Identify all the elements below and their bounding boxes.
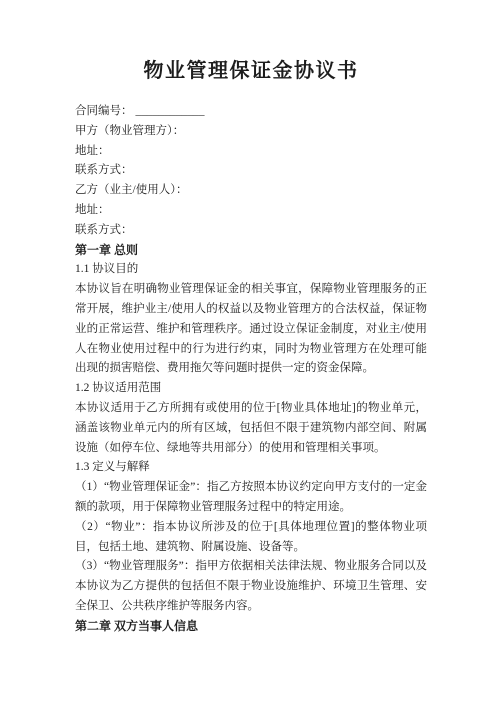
definition-item-2: （2）“物业”：指本协议所涉及的位于[具体地理位置]的整体物业项目，包括土地、建…	[75, 518, 427, 558]
contract-number-blank: ____________	[136, 102, 205, 122]
contract-number-line: 合同编号：____________	[75, 102, 427, 122]
party-a-contact-line: 联系方式：	[75, 161, 427, 181]
definition-item-3: （3）“物业管理服务”：指甲方依据相关法律法规、物业服务合同以及本协议为乙方提供…	[75, 557, 427, 616]
section-1-2-heading: 1.2 协议适用范围	[75, 379, 427, 399]
chapter-1-heading: 第一章 总则	[75, 241, 427, 261]
section-1-2-body: 本协议适用于乙方所拥有或使用的位于[物业具体地址]的物业单元，涵盖该物业单元内的…	[75, 399, 427, 458]
party-a-address-line: 地址：	[75, 142, 427, 162]
section-1-1-heading: 1.1 协议目的	[75, 260, 427, 280]
chapter-2-heading: 第二章 双方当事人信息	[75, 617, 427, 637]
document-title: 物业管理保证金协议书	[75, 0, 427, 85]
section-1-3-heading: 1.3 定义与解释	[75, 458, 427, 478]
document-content: 物业管理保证金协议书 合同编号：____________甲方（物业管理方）：地址…	[0, 0, 500, 637]
document-body: 合同编号：____________甲方（物业管理方）：地址：联系方式：乙方（业主…	[75, 102, 427, 637]
party-b-line: 乙方（业主/使用人）：	[75, 181, 427, 201]
definition-item-1: （1）“物业管理保证金”：指乙方按照本协议约定向甲方支付的一定金额的款项，用于保…	[75, 478, 427, 518]
section-1-1-body: 本协议旨在明确物业管理保证金的相关事宜，保障物业管理服务的正常开展，维护业主/使…	[75, 280, 427, 379]
party-b-contact-line: 联系方式：	[75, 221, 427, 241]
party-a-line: 甲方（物业管理方）：	[75, 122, 427, 142]
document-page: 物业管理保证金协议书 合同编号：____________甲方（物业管理方）：地址…	[0, 0, 500, 707]
party-b-address-line: 地址：	[75, 201, 427, 221]
